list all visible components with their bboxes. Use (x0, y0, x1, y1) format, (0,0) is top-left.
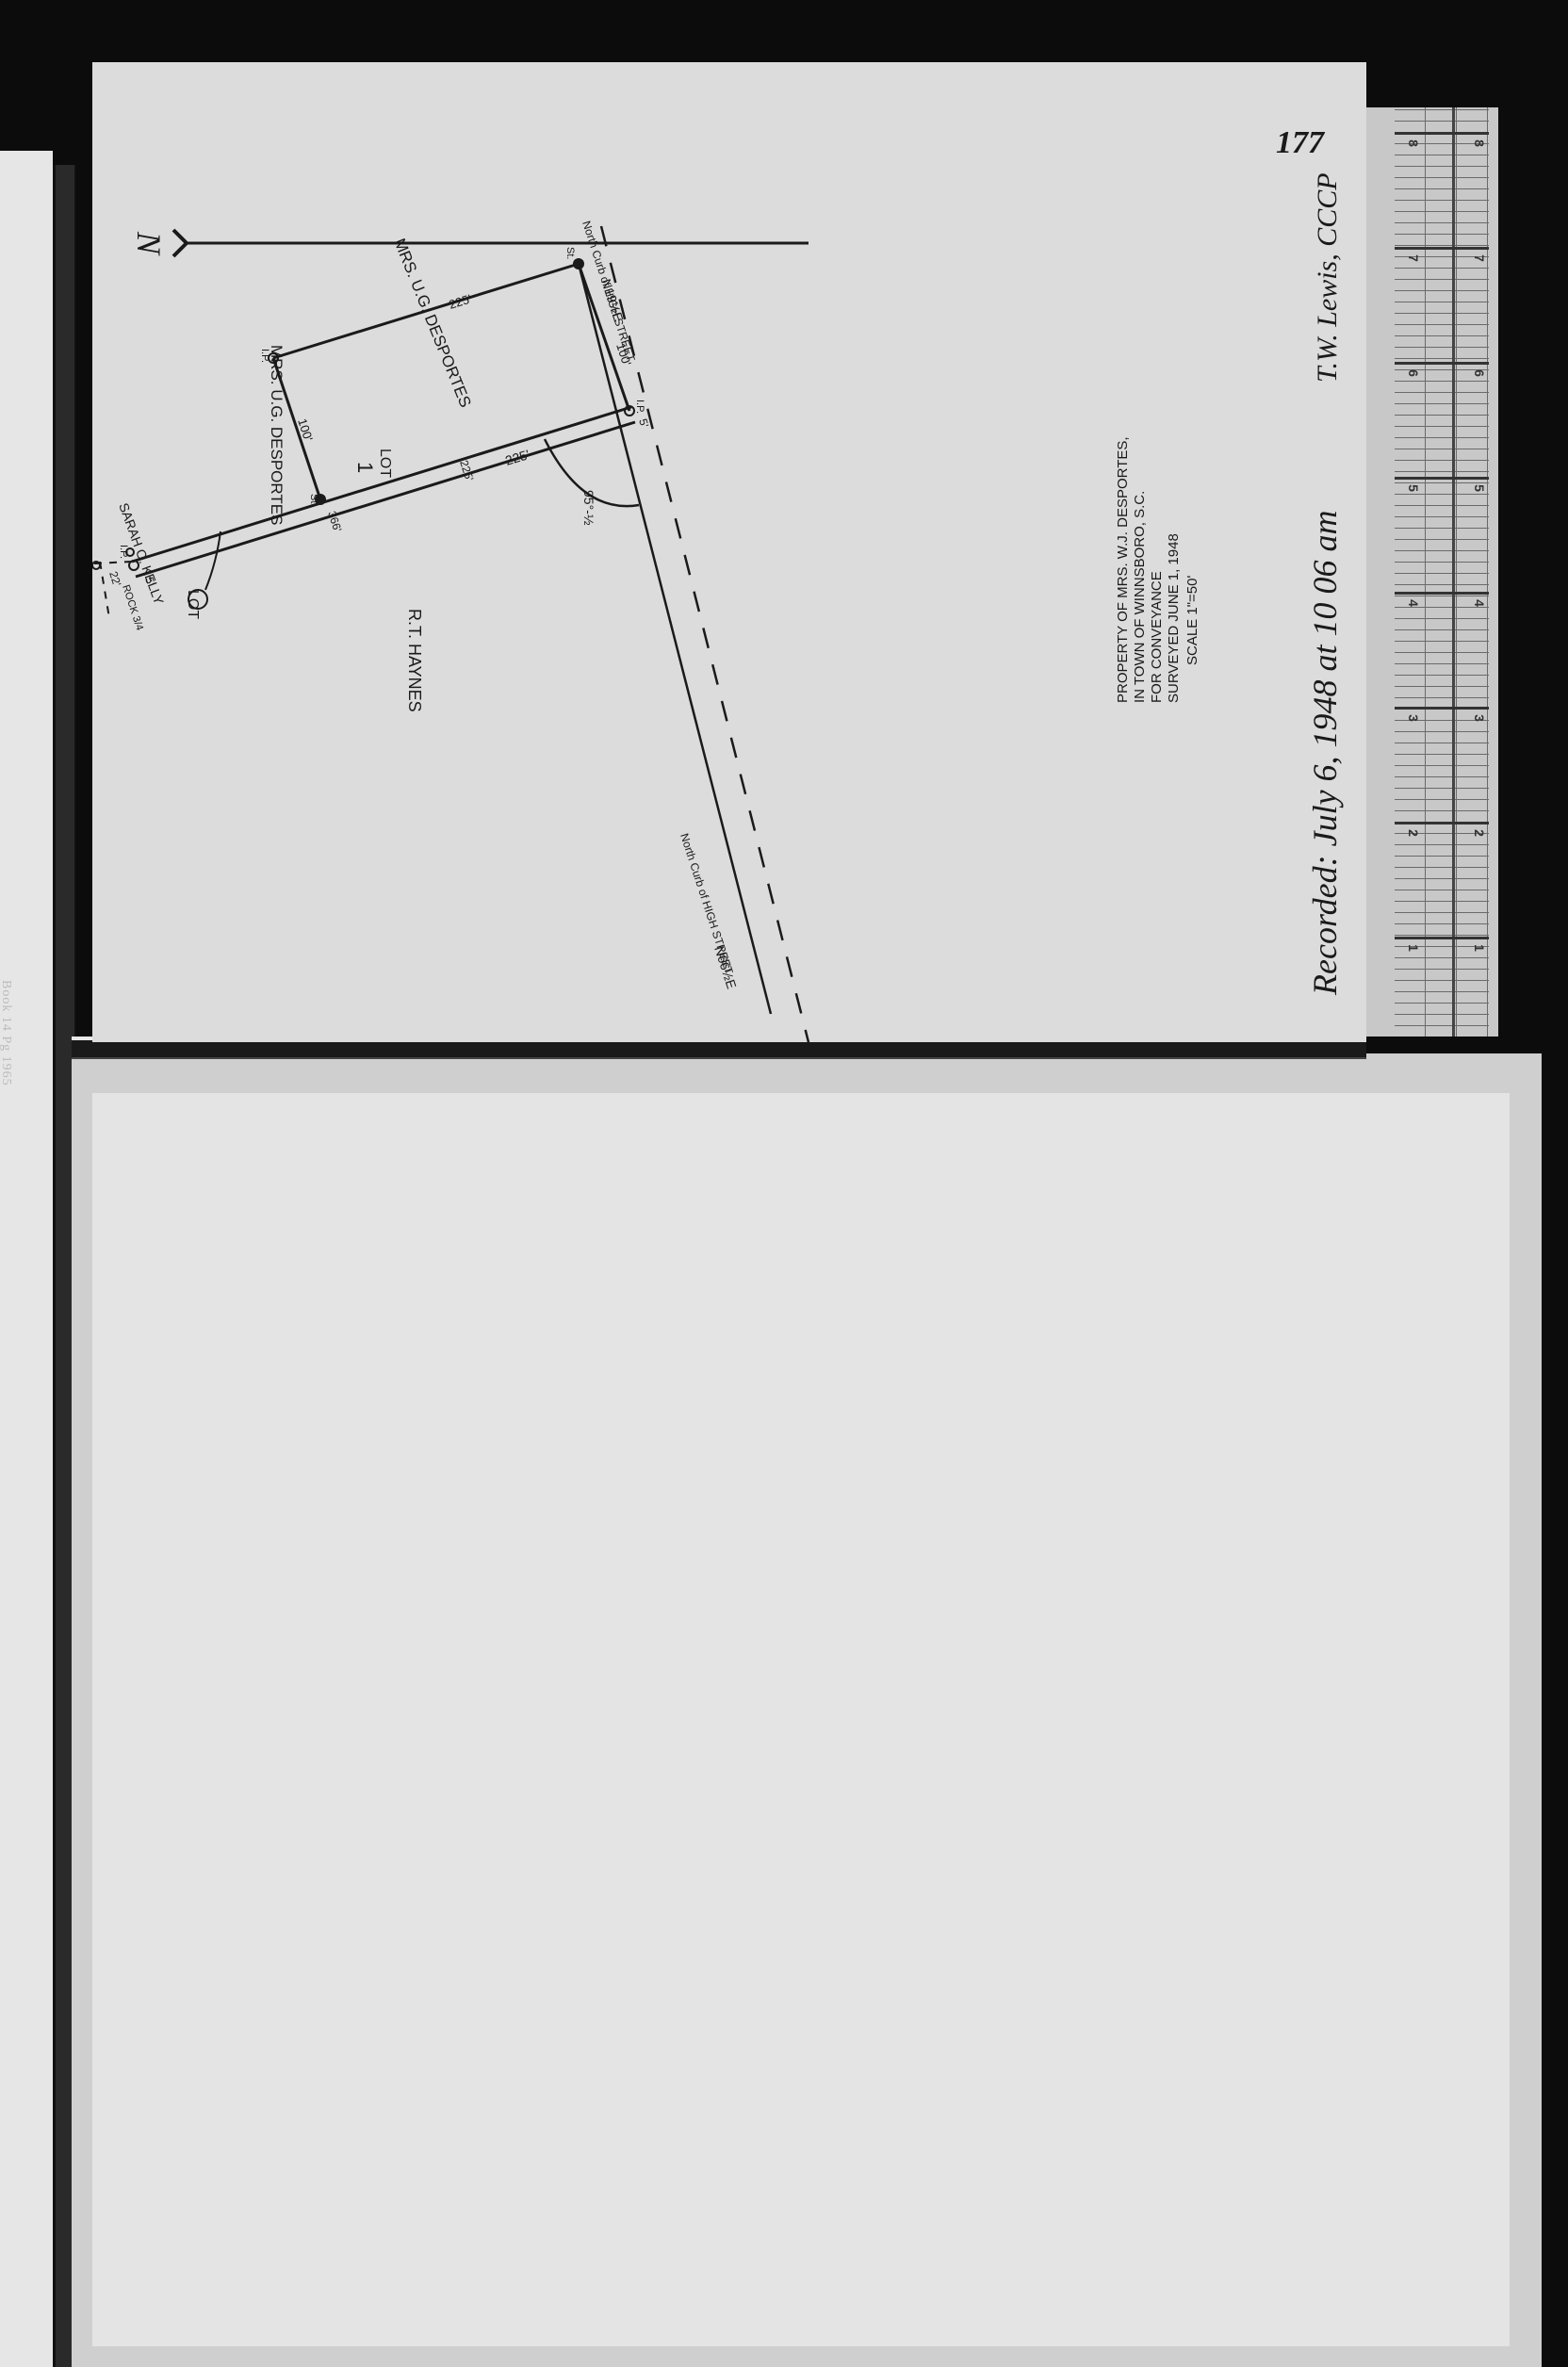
title-line-4: SURVEYED JUNE 1, 1948 (1166, 533, 1182, 703)
north-arrow-icon: N (130, 230, 808, 256)
ruler-number: 3 (1472, 714, 1487, 722)
plat-drawing: N LOT (92, 62, 1366, 1042)
marker-ip-left: I.P. (118, 545, 129, 559)
lot-1-number: 1 (353, 462, 377, 473)
ruler-number: 6 (1406, 369, 1421, 377)
dim-lot1-side-north: 225' (447, 291, 473, 311)
ruler-tick-8 (1395, 132, 1489, 135)
street-label-lower: North Curb of HIGH STREET (678, 832, 736, 976)
dim-lot1-back: 100' (295, 416, 316, 443)
ruler-number: 3 (1406, 714, 1421, 722)
owner-north-left: MRS. U.G. DESPORTES (268, 345, 286, 525)
dim-corner-offset: 22' (106, 570, 123, 588)
dim-alley-width-end: 5' (636, 417, 651, 430)
north-label: N (130, 231, 168, 256)
title-line-2: IN TOWN OF WINNSBORO, S.C. (1132, 491, 1148, 703)
lot-2-pointer (205, 531, 220, 590)
stone-marker-corner (573, 258, 584, 269)
title-line-5: SCALE 1"=50' (1184, 576, 1200, 665)
lot-1-label: LOT (377, 449, 393, 478)
title-line-1: PROPERTY OF MRS. W.J. DESPORTES, (1115, 436, 1131, 703)
ruler-number: 5 (1472, 484, 1487, 492)
corner-dashed-line-2 (100, 562, 109, 618)
ruler-tick-3 (1395, 707, 1489, 710)
marker-st-mid: St. (308, 494, 319, 506)
recording-stamp: Recorded: July 6, 1948 at 10 06 am T.W. … (1306, 172, 1344, 996)
title-line-3: FOR CONVEYANCE (1149, 571, 1165, 703)
ruler-number: 2 (1406, 829, 1421, 837)
dim-lot1-side-south: 225' (457, 459, 476, 483)
recorded-text: Recorded: July 6, 1948 at 10 06 am (1306, 510, 1344, 996)
ruler-tick-1 (1395, 937, 1489, 939)
spine-text: Book 14 Pg 1965 (0, 980, 13, 1086)
ruler-number: 1 (1406, 944, 1421, 952)
plat-sheet: N LOT (92, 62, 1366, 1042)
bearing-angle: 95°-½ (581, 490, 596, 526)
title-block: PROPERTY OF MRS. W.J. DESPORTES, IN TOWN… (1115, 436, 1200, 703)
marker-st-corner: St. (564, 247, 576, 259)
ruler-number: 2 (1472, 829, 1487, 837)
ruler-number: 8 (1406, 139, 1421, 147)
lot-2-label: LOT (185, 590, 201, 619)
owner-north-right: MRS. U.G. DESPORTES (390, 236, 474, 410)
ruler-tick-2 (1395, 822, 1489, 824)
street-curb-line (579, 264, 771, 1014)
ruler-number: 4 (1406, 599, 1421, 607)
ruler-number: 7 (1406, 254, 1421, 262)
ruler-number: 8 (1472, 139, 1487, 147)
lot-2-strip (132, 407, 635, 577)
ruler-tick-4 (1395, 592, 1489, 595)
marker-rock: ROCK 3/4 (120, 583, 145, 631)
marker-ip-bottom: I.P. (634, 400, 645, 414)
ruler-number: 6 (1472, 369, 1487, 377)
owner-south: R.T. HAYNES (405, 609, 424, 712)
ruler-number: 1 (1472, 944, 1487, 952)
blank-sheet (92, 1093, 1510, 2346)
page-number: 177 (1276, 125, 1326, 160)
measuring-ruler: 8 8 7 7 6 6 5 5 4 4 3 3 2 2 1 1 (1366, 107, 1498, 1037)
ruler-number: 4 (1472, 599, 1487, 607)
ruler-number: 7 (1472, 254, 1487, 262)
ruler-tick-6 (1395, 362, 1489, 365)
recorded-clerk: T.W. Lewis, CCCP (1312, 172, 1343, 383)
ruler-number: 5 (1406, 484, 1421, 492)
ruler-tick-7 (1395, 247, 1489, 250)
dim-lot2-length: 225' (503, 447, 531, 468)
marker-ip-top: I.P. (259, 349, 270, 363)
left-book-page (0, 151, 53, 2367)
ruler-tick-5 (1395, 477, 1489, 480)
